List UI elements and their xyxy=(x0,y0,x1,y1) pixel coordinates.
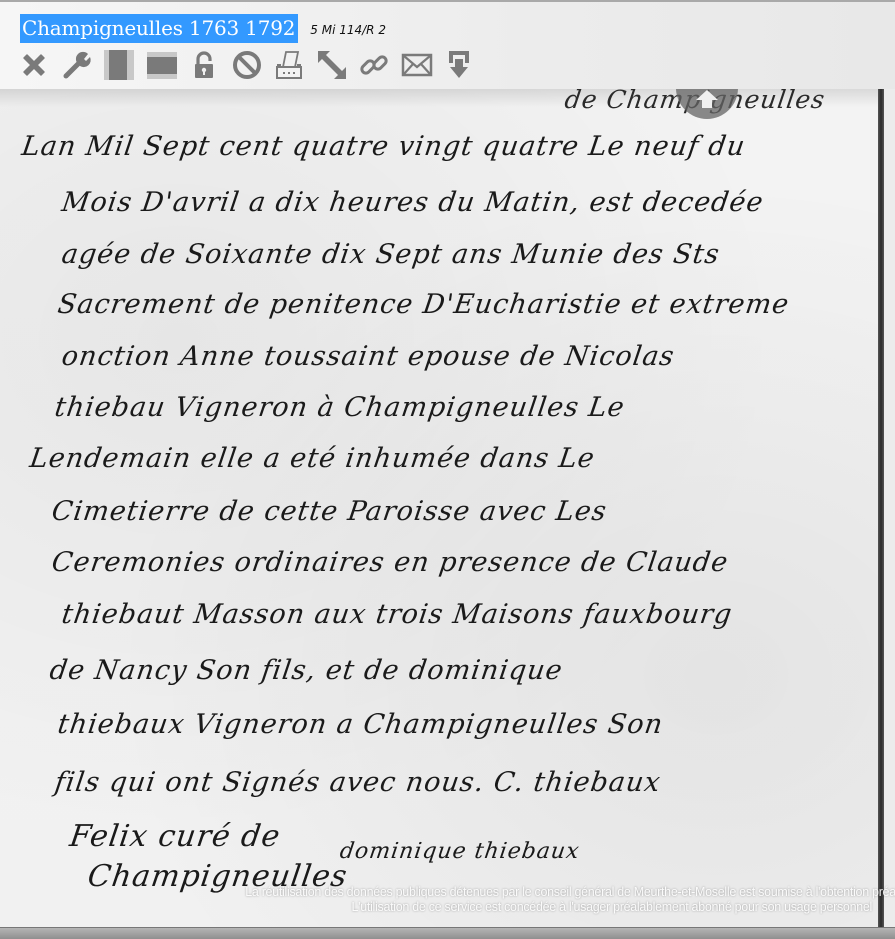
email-button[interactable] xyxy=(401,49,433,81)
manuscript-line: onction Anne toussaint epouse de Nicolas xyxy=(60,341,677,372)
manuscript-line: Mois D'avril a dix heures du Matin, est … xyxy=(60,187,766,218)
toolbar xyxy=(18,48,486,82)
manuscript-line: agée de Soixante dix Sept ans Munie des … xyxy=(60,239,722,270)
fit-height-icon xyxy=(103,49,135,81)
unlock-icon xyxy=(188,49,220,81)
fullscreen-button[interactable] xyxy=(316,49,348,81)
title-row: Champigneulles 1763 1792 5 Mi 114/R 2 xyxy=(20,14,386,42)
manuscript-line: Lendemain elle a eté inhumée dans Le xyxy=(28,443,597,474)
download-button[interactable] xyxy=(443,49,475,81)
lock-button[interactable] xyxy=(188,49,220,81)
settings-button[interactable] xyxy=(61,49,93,81)
document-reference: 5 Mi 114/R 2 xyxy=(310,23,386,37)
page-margin xyxy=(884,89,895,927)
close-button[interactable] xyxy=(18,49,50,81)
manuscript-page[interactable]: de Champigneulles Lan Mil Sept cent quat… xyxy=(0,89,880,927)
document-title[interactable]: Champigneulles 1763 1792 xyxy=(20,14,298,43)
fit-width-icon xyxy=(146,49,178,81)
arrow-up-icon xyxy=(694,89,720,110)
manuscript-signature: Felix curé de xyxy=(68,819,283,854)
manuscript-line: thiebaux Vigneron a Champigneulles Son xyxy=(56,709,665,740)
link-icon xyxy=(358,49,390,81)
forbidden-icon xyxy=(231,49,263,81)
fit-height-button[interactable] xyxy=(103,49,135,81)
viewer-header: Champigneulles 1763 1792 5 Mi 114/R 2 xyxy=(0,0,895,89)
manuscript-line: thiebau Vigneron à Champigneulles Le xyxy=(53,392,627,423)
expand-arrows-icon xyxy=(316,49,348,81)
fit-width-button[interactable] xyxy=(146,49,178,81)
document-viewer[interactable]: de Champigneulles Lan Mil Sept cent quat… xyxy=(0,89,895,927)
manuscript-line: Cimetierre de cette Paroisse avec Les xyxy=(50,496,609,527)
print-button[interactable] xyxy=(273,49,305,81)
envelope-icon xyxy=(401,49,433,81)
close-icon xyxy=(18,49,50,81)
block-button[interactable] xyxy=(231,49,263,81)
manuscript-signature: dominique thiebaux xyxy=(338,839,581,864)
manuscript-line: de Nancy Son fils, et de dominique xyxy=(48,655,565,686)
printer-icon xyxy=(273,49,305,81)
link-button[interactable] xyxy=(358,49,390,81)
manuscript-line: fils qui ont Signés avec nous. C. thieba… xyxy=(53,767,663,798)
manuscript-line: thiebaut Masson aux trois Maisons fauxbo… xyxy=(60,599,735,630)
wrench-icon xyxy=(61,49,93,81)
download-icon xyxy=(443,49,475,81)
manuscript-line: Lan Mil Sept cent quatre vingt quatre Le… xyxy=(20,131,748,162)
manuscript-line: Sacrement de penitence D'Eucharistie et … xyxy=(56,289,792,320)
manuscript-signature: Champigneulles xyxy=(86,859,350,894)
manuscript-line: Ceremonies ordinaires en presence de Cla… xyxy=(50,547,731,578)
bottom-scrollbar[interactable] xyxy=(0,927,895,939)
